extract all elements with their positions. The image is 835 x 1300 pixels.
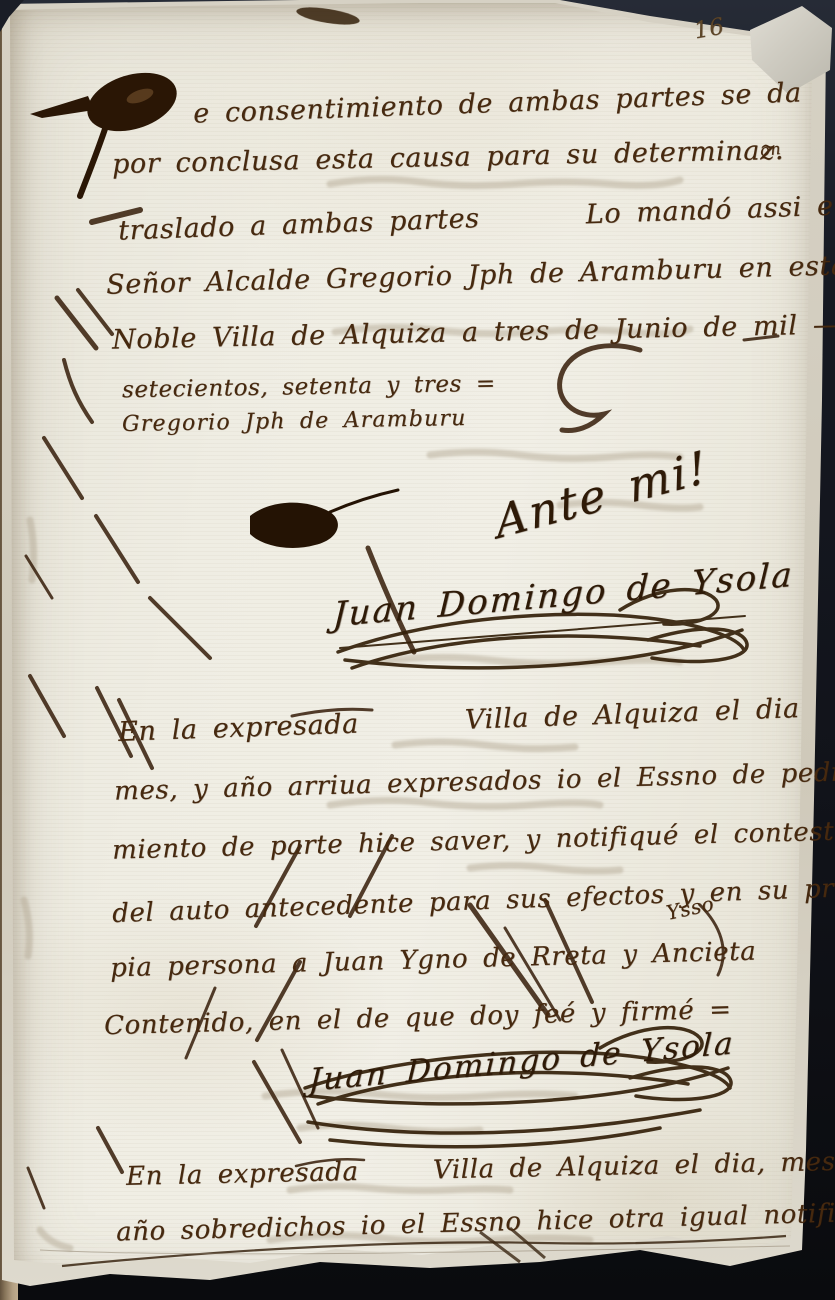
ink-blob	[250, 490, 398, 548]
paper-crease	[40, 1246, 790, 1254]
flourish-nine	[560, 346, 640, 431]
folio-number: 16	[692, 14, 727, 45]
scanned-manuscript-page: 16 e consentimiento de ambas partes se d…	[0, 0, 835, 1300]
